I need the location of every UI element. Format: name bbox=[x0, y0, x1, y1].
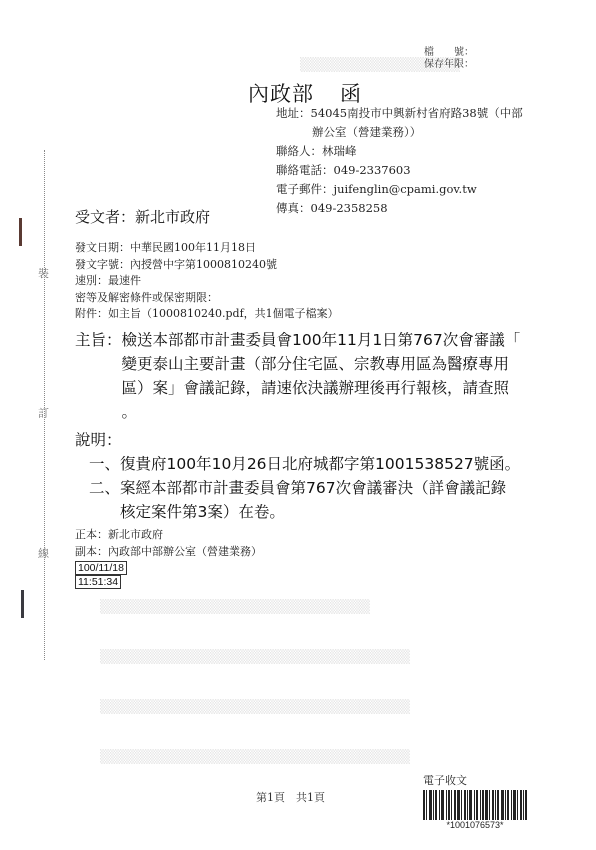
explanation-item: 二、 案經本部都市計畫委員會第767次會議審決（詳會議記錄 核定案件第3案）在卷… bbox=[75, 476, 515, 524]
subject-line: 區）案」會議記錄，請速依決議辦理後再行報核，請查照 bbox=[122, 376, 521, 400]
archive-number-label: 檔 號： bbox=[424, 47, 474, 59]
subject-line: 變更泰山主要計畫（部分住宅區、宗教專用區為醫療專用 bbox=[122, 352, 521, 376]
secrecy-level: 密等及解密條件或保密期限： bbox=[75, 290, 339, 307]
binding-mark-top bbox=[19, 218, 22, 246]
binding-mark-bottom bbox=[21, 590, 24, 618]
address-line-2: 辦公室（營建業務）） bbox=[276, 123, 523, 142]
attachment: 附件：如主旨（1000810240.pdf，共1個電子檔案） bbox=[75, 306, 339, 323]
distribution: 正本：新北市政府 副本：內政部中部辦公室（營建業務） bbox=[75, 526, 262, 560]
contact-person: 聯絡人：林瑞峰 bbox=[276, 142, 523, 161]
item-number: 二、 bbox=[89, 476, 120, 524]
contact-phone: 聯絡電話：049-2337603 bbox=[276, 161, 523, 180]
document-type: 函 bbox=[340, 82, 362, 106]
original-recipient: 正本：新北市政府 bbox=[75, 526, 262, 543]
address-line-1: 地址：54045南投市中興新村省府路38號（中部 bbox=[276, 104, 523, 123]
item-text: 核定案件第3案）在卷。 bbox=[120, 500, 506, 524]
bleed-through-text: ▒▒▒▒▒▒▒▒▒▒▒▒▒▒▒▒▒▒▒▒▒▒▒▒▒▒▒▒▒▒▒ bbox=[100, 650, 410, 665]
receipt-timestamp: 100/11/18 11:51:34 bbox=[75, 561, 127, 589]
issue-date: 發文日期：中華民國100年11月18日 bbox=[75, 240, 339, 257]
explanation-label: 說明： bbox=[75, 428, 515, 452]
page-number: 第1頁 共1頁 bbox=[256, 789, 325, 805]
agency-name: 內政部 bbox=[248, 82, 314, 106]
binding-char-zhuang: 裝 bbox=[38, 265, 49, 281]
bleed-through-text: ▒▒▒▒▒▒▒▒▒▒▒▒▒▒▒▒▒▒▒▒▒▒▒▒▒▒▒▒▒▒▒ bbox=[100, 750, 410, 765]
contact-fax: 傳真：049-2358258 bbox=[276, 199, 523, 218]
stamp-date: 100/11/18 bbox=[75, 561, 127, 575]
subject-line: 。 bbox=[122, 400, 521, 424]
contact-block: 地址：54045南投市中興新村省府路38號（中部 辦公室（營建業務）） 聯絡人：… bbox=[276, 104, 523, 218]
bleed-through-text: ▒▒▒▒▒▒▒▒▒▒▒▒▒▒▒▒▒▒▒▒▒▒▒▒▒▒▒▒▒▒▒ bbox=[100, 700, 410, 715]
stamp-time: 11:51:34 bbox=[75, 575, 121, 589]
explanation-section: 說明： 一、 復貴府100年10月26日北府城都字第1001538527號函。 … bbox=[75, 428, 515, 524]
item-text: 案經本部都市計畫委員會第767次會議審決（詳會議記錄 bbox=[120, 476, 506, 500]
item-text: 復貴府100年10月26日北府城都字第1001538527號函。 bbox=[120, 452, 520, 476]
barcode-icon bbox=[423, 790, 527, 820]
subject-section: 主旨： 檢送本部都市計畫委員會100年11月1日第767次會審議「 變更泰山主要… bbox=[75, 328, 515, 424]
delivery-speed: 速別：最速件 bbox=[75, 273, 339, 290]
contact-email: 電子郵件：juifenglin@cpami.gov.tw bbox=[276, 180, 523, 199]
explanation-item: 一、 復貴府100年10月26日北府城都字第1001538527號函。 bbox=[75, 452, 515, 476]
item-number: 一、 bbox=[89, 452, 120, 476]
copy-recipient: 副本：內政部中部辦公室（營建業務） bbox=[75, 543, 262, 560]
issuance-info: 發文日期：中華民國100年11月18日 發文字號：內授營中字第100081024… bbox=[75, 240, 339, 323]
bleed-through-text: ▒▒▒▒▒▒▒▒▒▒▒▒▒▒▒▒▒▒▒▒▒▒▒▒▒▒▒ bbox=[100, 600, 370, 615]
archive-meta: 檔 號： 保存年限： bbox=[424, 47, 474, 71]
binding-char-xian: 線 bbox=[38, 545, 49, 561]
barcode-label: 電子收文 bbox=[423, 772, 527, 788]
subject-label: 主旨： bbox=[75, 328, 122, 424]
document-number: 發文字號：內授營中字第1000810240號 bbox=[75, 257, 339, 274]
barcode-number: *1001076573* bbox=[423, 820, 527, 830]
barcode-block: 電子收文 *1001076573* bbox=[423, 772, 527, 830]
subject-line: 檢送本部都市計畫委員會100年11月1日第767次會審議「 bbox=[122, 328, 521, 352]
binding-char-ding: 訂 bbox=[38, 405, 49, 421]
retention-period-label: 保存年限： bbox=[424, 59, 474, 71]
recipient: 受文者：新北市政府 bbox=[75, 206, 210, 227]
